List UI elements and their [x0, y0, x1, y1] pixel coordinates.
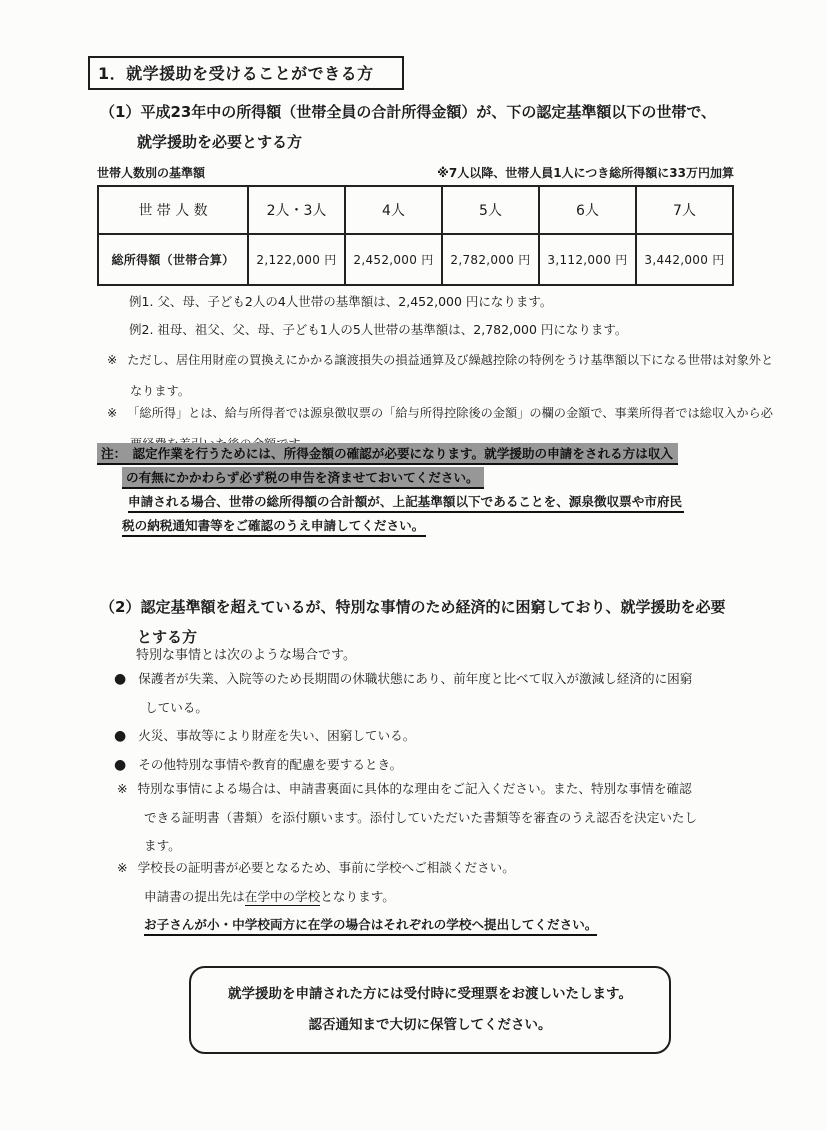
asterisk-marker-icon: ※: [107, 353, 117, 367]
row-label-total-income: 総所得額（世帯合算）: [98, 234, 248, 285]
table-caption-row: 世帯人数別の基準額 ※7人以降、世帯人員1人につき総所得額に33万円加算: [97, 164, 734, 181]
note-text: できる証明書（書類）を添付願います。添付していただいた書類等を審査のうえ認否を決…: [117, 804, 697, 833]
section2-heading-line1: （2）認定基準額を超えているが、特別な事情のため経済的に困窮しており、就学援助を…: [100, 592, 725, 622]
header-col-6: 6人: [539, 186, 636, 234]
section1-heading-line1: （1）平成23年中の所得額（世帯全員の合計所得金額）が、下の認定基準額以下の世帯…: [100, 97, 716, 127]
note-line: ※「総所得」とは、給与所得者では源泉徴収票の「給与所得控除後の金額」の欄の金額で…: [107, 398, 773, 429]
highlight-line: の有無にかかわらず必ず税の申告を済ませておいてください。: [122, 467, 684, 486]
receipt-notice-line1: 就学援助を申請された方には受付時に受理票をお渡しいたします。: [228, 979, 632, 1010]
bullet-text: している。: [114, 694, 692, 723]
amount-5: 2,782,000 円: [442, 234, 539, 285]
receipt-notice-box: 就学援助を申請された方には受付時に受理票をお渡しいたします。 認否通知まで大切に…: [189, 966, 671, 1054]
section1-heading: （1）平成23年中の所得額（世帯全員の合計所得金額）が、下の認定基準額以下の世帯…: [100, 97, 716, 157]
table-caption-right: ※7人以降、世帯人員1人につき総所得額に33万円加算: [437, 164, 734, 181]
section1-number: （1）: [100, 103, 140, 121]
bullet-icon: ●: [114, 728, 126, 744]
submit-pre: 申請書の提出先は: [144, 889, 245, 904]
receipt-notice-line2: 認否通知まで大切に保管してください。: [309, 1010, 552, 1041]
asterisk-marker-icon: ※: [117, 781, 128, 796]
highlighted-text: 注： 認定作業を行うためには、所得金額の確認が必要になります。就学援助の申請をさ…: [97, 443, 678, 465]
underlined-text: 税の納税通知書等をご確認のうえ申請してください。: [122, 515, 426, 537]
bullet-item: ●火災、事故等により財産を失い、困窮している。: [114, 722, 692, 751]
header-col-2-3: 2人・3人: [248, 186, 345, 234]
note-text: 特別な事情による場合は、申請書裏面に具体的な理由をご記入ください。また、特別な事…: [138, 781, 692, 796]
document-page: 1．就学援助を受けることができる方 （1）平成23年中の所得額（世帯全員の合計所…: [0, 0, 826, 1131]
bullet-icon: ●: [114, 671, 126, 687]
header-household-size: 世 帯 人 数: [98, 186, 248, 234]
amount-4: 2,452,000 円: [345, 234, 442, 285]
header-col-5: 5人: [442, 186, 539, 234]
highlight-line: 注： 認定作業を行うためには、所得金額の確認が必要になります。就学援助の申請をさ…: [97, 443, 684, 462]
note-text: ただし、居住用財産の買換えにかかる譲渡損失の損益通算及び繰越控除の特例をうけ基準…: [127, 353, 773, 367]
section2-note-documents: ※特別な事情による場合は、申請書裏面に具体的な理由をご記入ください。また、特別な…: [117, 775, 697, 861]
underlined-text: 申請される場合、世帯の総所得額の合計額が、上記基準額以下であることを、源泉徴収票…: [128, 491, 684, 513]
section2-number: （2）: [100, 598, 140, 616]
section1-heading-text: 平成23年中の所得額（世帯全員の合計所得金額）が、下の認定基準額以下の世帯で、: [140, 103, 716, 121]
page-title: 1．就学援助を受けることができる方: [98, 64, 374, 83]
bullet-text: その他特別な事情や教育的配慮を要するとき。: [138, 757, 402, 772]
note-line: ※ただし、居住用財産の買換えにかかる譲渡損失の損益通算及び繰越控除の特例をうけ基…: [107, 345, 773, 376]
income-criteria-table: 世 帯 人 数 2人・3人 4人 5人 6人 7人 総所得額（世帯合算） 2,1…: [97, 185, 734, 286]
amount-2-3: 2,122,000 円: [248, 234, 345, 285]
bullet-text: 火災、事故等により財産を失い、困窮している。: [138, 728, 415, 743]
note-line: ※学校長の証明書が必要となるため、事前に学校へご相談ください。: [117, 854, 597, 883]
section1-title-box: 1．就学援助を受けることができる方: [88, 56, 404, 90]
note-text: 学校長の証明書が必要となるため、事前に学校へご相談ください。: [138, 860, 515, 875]
asterisk-marker-icon: ※: [107, 406, 117, 420]
underline-line: 税の納税通知書等をご確認のうえ申請してください。: [122, 515, 684, 534]
bullet-item: ●保護者が失業、入院等のため長期間の休職状態にあり、前年度と比べて収入が激減し経…: [114, 665, 692, 694]
attention-block: 注： 認定作業を行うためには、所得金額の確認が必要になります。就学援助の申請をさ…: [97, 443, 684, 539]
asterisk-marker-icon: ※: [117, 860, 128, 875]
both-schools-line: お子さんが小・中学校両方に在学の場合はそれぞれの学校へ提出してください。: [117, 911, 597, 940]
table-caption-left: 世帯人数別の基準額: [97, 164, 205, 181]
section2-intro: 特別な事情とは次のような場合です。: [136, 644, 356, 663]
header-col-4: 4人: [345, 186, 442, 234]
bullet-icon: ●: [114, 757, 126, 773]
amount-7: 3,442,000 円: [636, 234, 733, 285]
section2-heading: （2）認定基準額を超えているが、特別な事情のため経済的に困窮しており、就学援助を…: [100, 592, 725, 652]
amount-6: 3,112,000 円: [539, 234, 636, 285]
section2-note-school: ※学校長の証明書が必要となるため、事前に学校へご相談ください。 申請書の提出先は…: [117, 854, 597, 940]
underline-line: 申請される場合、世帯の総所得額の合計額が、上記基準額以下であることを、源泉徴収票…: [128, 491, 684, 510]
example-1: 例1. 父、母、子ども2人の4人世帯の基準額は、2,452,000 円になります…: [129, 292, 552, 310]
both-schools-text: お子さんが小・中学校両方に在学の場合はそれぞれの学校へ提出してください。: [144, 917, 597, 936]
section1-heading-line2: 就学援助を必要とする方: [100, 127, 716, 157]
submit-destination-line: 申請書の提出先は在学中の学校となります。: [117, 883, 597, 912]
highlighted-text: の有無にかかわらず必ず税の申告を済ませておいてください。: [122, 467, 484, 489]
submit-underlined: 在学中の学校: [245, 889, 321, 906]
table-header-row: 世 帯 人 数 2人・3人 4人 5人 6人 7人: [98, 186, 733, 234]
special-circumstances-list: ●保護者が失業、入院等のため長期間の休職状態にあり、前年度と比べて収入が激減し経…: [114, 665, 692, 779]
section2-heading-text: 認定基準額を超えているが、特別な事情のため経済的に困窮しており、就学援助を必要: [140, 598, 725, 616]
table-amount-row: 総所得額（世帯合算） 2,122,000 円 2,452,000 円 2,782…: [98, 234, 733, 285]
bullet-text: 保護者が失業、入院等のため長期間の休職状態にあり、前年度と比べて収入が激減し経済…: [138, 671, 692, 686]
header-col-7: 7人: [636, 186, 733, 234]
example-2: 例2. 祖母、祖父、父、母、子ども1人の5人世帯の基準額は、2,782,000 …: [129, 320, 627, 338]
note-text: 「総所得」とは、給与所得者では源泉徴収票の「給与所得控除後の金額」の欄の金額で、…: [127, 406, 773, 420]
note-line: ※特別な事情による場合は、申請書裏面に具体的な理由をご記入ください。また、特別な…: [117, 775, 697, 804]
submit-post: となります。: [320, 889, 395, 904]
